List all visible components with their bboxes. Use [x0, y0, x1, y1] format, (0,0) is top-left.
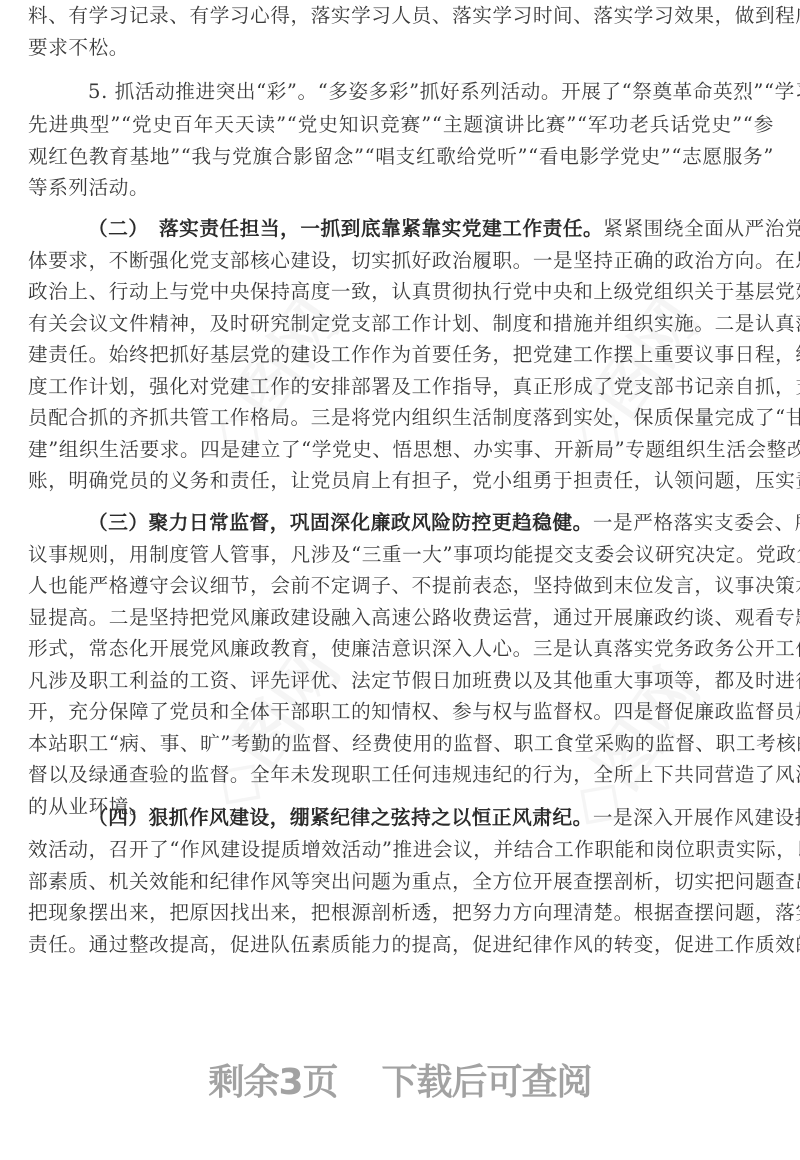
line-text: 5. 抓活动推进突出“彩”。“多姿多彩”抓好系列活动。开展了“祭奠革命英烈”“学… [88, 80, 800, 103]
line-text: 建”组织生活要求。四是建立了“学党史、悟思想、办实事、开新局”专题组织生活会整改… [28, 438, 800, 461]
text-line: 形式，常态化开展党风廉政教育，使廉洁意识深入人心。三是认真落实党务政务公开工作制… [28, 633, 774, 664]
paragraph-first-line: 5. 抓活动推进突出“彩”。“多姿多彩”抓好系列活动。开展了“祭奠革命英烈”“学… [28, 76, 774, 107]
text-line: 议事规则，用制度管人管事，凡涉及“三重一大”事项均能提交支委会议研究决定。党政负… [28, 539, 774, 570]
text-line: 建责任。始终把抓好基层党的建设工作作为首要任务，把党建工作摆上重要议事日程，纳入… [28, 339, 774, 370]
text-line: 体要求，不断强化党支部核心建设，切实抓好政治履职。一是坚持正确的政治方向。在思想… [28, 245, 774, 276]
line-text: 显提高。二是坚持把党风廉政建设融入高速公路收费运营，通过开展廉政约谈、观看专题片… [28, 606, 800, 629]
text-line: 员配合抓的齐抓共管工作格局。三是将党内组织生活制度落到实处，保质保量完成了“甘肃… [28, 402, 774, 433]
text-line: 度工作计划，强化对党建工作的安排部署及工作指导，真正形成了党支部书记亲自抓，支部… [28, 371, 774, 402]
line-text: 等系列活动。 [28, 176, 149, 199]
line-text: 度工作计划，强化对党建工作的安排部署及工作指导，真正形成了党支部书记亲自抓，支部… [28, 375, 800, 398]
text-line: 账，明确党员的义务和责任，让党员肩上有担子，党小组勇于担责任，认领问题，压实责任… [28, 465, 774, 496]
line-text: 形式，常态化开展党风廉政教育，使廉洁意识深入人心。三是认真落实党务政务公开工作制… [28, 637, 800, 660]
line-text: 政治上、行动上与党中央保持高度一致，认真贯彻执行党中央和上级党组织关于基层党建工… [28, 280, 800, 303]
line-text: 员配合抓的齐抓共管工作格局。三是将党内组织生活制度落到实处，保质保量完成了“甘肃… [28, 406, 800, 429]
line-text: 体要求，不断强化党支部核心建设，切实抓好政治履职。一是坚持正确的政治方向。在思想… [28, 249, 800, 272]
text-line: 显提高。二是坚持把党风廉政建设融入高速公路收费运营，通过开展廉政约谈、观看专题片… [28, 602, 774, 633]
document-page: ◇图网 ◇图网 ◇图网 ◇图网 料、有学习记录、有学习心得，落实学习人员、落实学… [0, 0, 800, 1160]
text-line: 要求不松。 [28, 32, 774, 63]
paragraph-first-line: （四）狠抓作风建设，绷紧纪律之弦持之以恒正风肃纪。一是深入开展作风建设提质增 [28, 802, 774, 833]
text-line: 部素质、机关效能和纪律作风等突出问题为重点，全方位开展查摆剖析，切实把问题查出来… [28, 866, 774, 897]
line-text: 部素质、机关效能和纪律作风等突出问题为重点，全方位开展查摆剖析，切实把问题查出来… [28, 870, 800, 893]
line-text: 议事规则，用制度管人管事，凡涉及“三重一大”事项均能提交支委会议研究决定。党政负… [28, 543, 800, 566]
line-text: 效活动，召开了“作风建设提质增效活动”推进会议，并结合工作职能和岗位职责实际，以… [28, 838, 800, 861]
line-text: 建责任。始终把抓好基层党的建设工作作为首要任务，把党建工作摆上重要议事日程，纳入… [28, 343, 800, 366]
text-line: 责任。通过整改提高，促进队伍素质能力的提高，促进纪律作风的转变，促进工作质效的提… [28, 929, 774, 960]
line-text: 要求不松。 [28, 36, 129, 59]
paragraph-first-line: （三）聚力日常监督，巩固深化廉政风险防控更趋稳健。一是严格落实支委会、所务会 [28, 507, 774, 538]
text-line: 建”组织生活要求。四是建立了“学党史、悟思想、办实事、开新局”专题组织生活会整改… [28, 434, 774, 465]
line-text: 人也能严格遵守会议细节，会前不定调子、不提前表态，坚持做到末位发言，议事决策水平… [28, 574, 800, 597]
section-heading: （四）狠抓作风建设，绷紧纪律之弦持之以恒正风肃纪。 [88, 806, 593, 829]
line-text: 开，充分保障了党员和全体干部职工的知情权、参与权与监督权。四是督促廉政监督员加强… [28, 700, 800, 723]
text-line: 督以及绿通查验的监督。全年未发现职工任何违规违纪的行为，全所上下共同营造了风清气… [28, 759, 774, 790]
line-text: 紧紧围绕全面从严治党的总 [603, 217, 800, 240]
download-prompt-banner[interactable]: 剩余3页下载后可查阅 [0, 1058, 800, 1108]
text-line: 把现象摆出来，把原因找出来，把根源剖析透，把努力方向理清楚。根据查摆问题，落实整… [28, 897, 774, 928]
line-text: 本站职工“病、事、旷”考勤的监督、经费使用的监督、职工食堂采购的监督、职工考核的… [28, 732, 800, 755]
text-line: 等系列活动。 [28, 172, 774, 203]
paragraph-first-line: （二） 落实责任担当，一抓到底靠紧靠实党建工作责任。紧紧围绕全面从严治党的总 [28, 213, 774, 244]
text-line: 有关会议文件精神，及时研究制定党支部工作计划、制度和措施并组织实施。二是认真落实… [28, 308, 774, 339]
line-text: 一是严格落实支委会、所务会 [593, 511, 800, 534]
text-line: 政治上、行动上与党中央保持高度一致，认真贯彻执行党中央和上级党组织关于基层党建工… [28, 276, 774, 307]
text-line: 开，充分保障了党员和全体干部职工的知情权、参与权与监督权。四是督促廉政监督员加强… [28, 696, 774, 727]
text-line: 凡涉及职工利益的工资、评先评优、法定节假日加班费以及其他重大事项等，都及时进行了… [28, 665, 774, 696]
section-heading: （三）聚力日常监督，巩固深化廉政风险防控更趋稳健。 [88, 511, 593, 534]
section-heading: （二） 落实责任担当，一抓到底靠紧靠实党建工作责任。 [88, 217, 603, 240]
line-text: 凡涉及职工利益的工资、评先评优、法定节假日加班费以及其他重大事项等，都及时进行了… [28, 669, 800, 692]
text-line: 人也能严格遵守会议细节，会前不定调子、不提前表态，坚持做到末位发言，议事决策水平… [28, 570, 774, 601]
text-line: 料、有学习记录、有学习心得，落实学习人员、落实学习时间、落实学习效果，做到程序不… [28, 0, 774, 31]
text-line: 先进典型”“党史百年天天读”“党史知识竞赛”“主题演讲比赛”“军功老兵话党史”“… [28, 109, 774, 140]
text-line: 观红色教育基地”“我与党旗合影留念”“唱支红歌给党听”“看电影学党史”“志愿服务… [28, 141, 774, 172]
text-line: 效活动，召开了“作风建设提质增效活动”推进会议，并结合工作职能和岗位职责实际，以… [28, 834, 774, 865]
line-text: 责任。通过整改提高，促进队伍素质能力的提高，促进纪律作风的转变，促进工作质效的提… [28, 933, 800, 956]
line-text: 观红色教育基地”“我与党旗合影留念”“唱支红歌给党听”“看电影学党史”“志愿服务… [28, 145, 774, 168]
line-text: 账，明确党员的义务和责任，让党员肩上有担子，党小组勇于担责任，认领问题，压实责任… [28, 469, 800, 492]
line-text: 把现象摆出来，把原因找出来，把根源剖析透，把努力方向理清楚。根据查摆问题，落实整… [28, 901, 800, 924]
text-line: 本站职工“病、事、旷”考勤的监督、经费使用的监督、职工食堂采购的监督、职工考核的… [28, 728, 774, 759]
line-text: 先进典型”“党史百年天天读”“党史知识竞赛”“主题演讲比赛”“军功老兵话党史”“… [28, 113, 774, 136]
remaining-pages-label: 剩余3页 [208, 1062, 337, 1103]
download-to-view-label[interactable]: 下载后可查阅 [382, 1062, 592, 1103]
line-text: 一是深入开展作风建设提质增 [593, 806, 800, 829]
line-text: 有关会议文件精神，及时研究制定党支部工作计划、制度和措施并组织实施。二是认真落实… [28, 312, 800, 335]
line-text: 料、有学习记录、有学习心得，落实学习人员、落实学习时间、落实学习效果，做到程序不… [28, 4, 800, 27]
line-text: 督以及绿通查验的监督。全年未发现职工任何违规违纪的行为，全所上下共同营造了风清气… [28, 763, 800, 786]
